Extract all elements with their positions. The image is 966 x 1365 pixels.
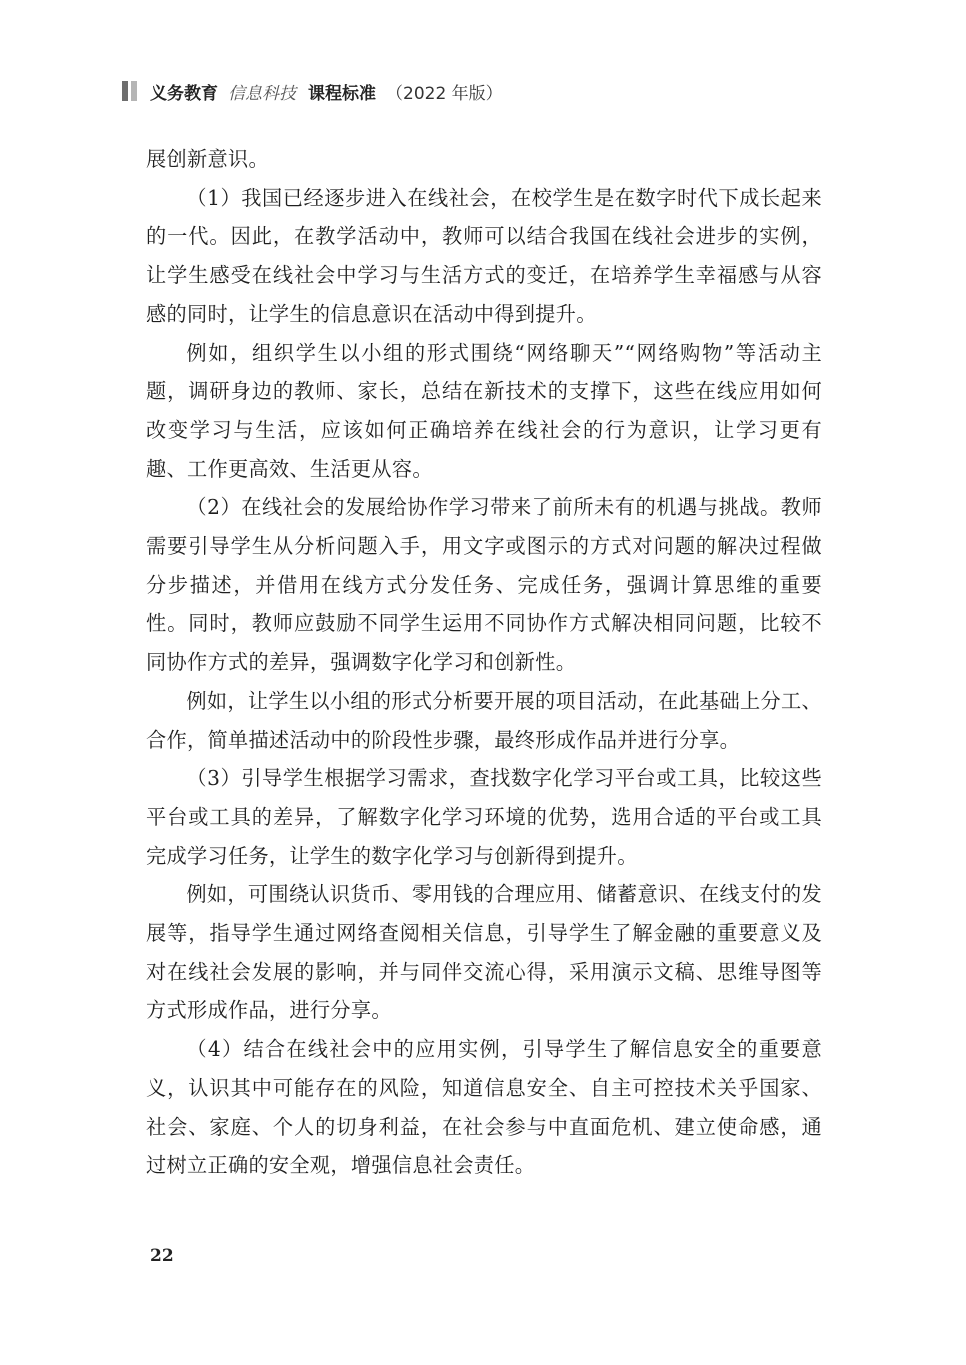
paragraph-item-3: （3）引导学生根据学习需求，查找数字化学习平台或工具，比较这些平台或工具的差异，… (146, 759, 822, 875)
body-text: 展创新意识。 （1）我国已经逐步进入在线社会，在校学生是在数字时代下成长起来的一… (146, 140, 822, 1185)
header-edition: （2022 年版） (386, 79, 503, 104)
paragraph-example-3: 例如，可围绕认识货币、零用钱的合理应用、储蓄意识、在线支付的发展等，指导学生通过… (146, 875, 822, 1030)
paragraph-item-4: （4）结合在线社会中的应用实例，引导学生了解信息安全的重要意义，认识其中可能存在… (146, 1030, 822, 1185)
header-bar-light (131, 81, 137, 101)
header-standard: 课程标准 (308, 79, 376, 104)
page-number: 22 (150, 1246, 174, 1266)
header-bar-dark (122, 81, 128, 101)
header-bars-icon (122, 81, 140, 101)
paragraph-continuation: 展创新意识。 (146, 140, 822, 179)
paragraph-example-1: 例如，组织学生以小组的形式围绕“网络聊天”“网络购物”等活动主题，调研身边的教师… (146, 334, 822, 489)
paragraph-item-2: （2）在线社会的发展给协作学习带来了前所未有的机遇与挑战。教师需要引导学生从分析… (146, 488, 822, 682)
header-title: 义务教育 (150, 79, 218, 104)
paragraph-item-1: （1）我国已经逐步进入在线社会，在校学生是在数字时代下成长起来的一代。因此，在教… (146, 179, 822, 334)
header-subject: 信息科技 (228, 79, 296, 104)
running-header: 义务教育 信息科技 课程标准 （2022 年版） (122, 79, 503, 103)
paragraph-example-2: 例如，让学生以小组的形式分析要开展的项目活动，在此基础上分工、合作，简单描述活动… (146, 682, 822, 759)
